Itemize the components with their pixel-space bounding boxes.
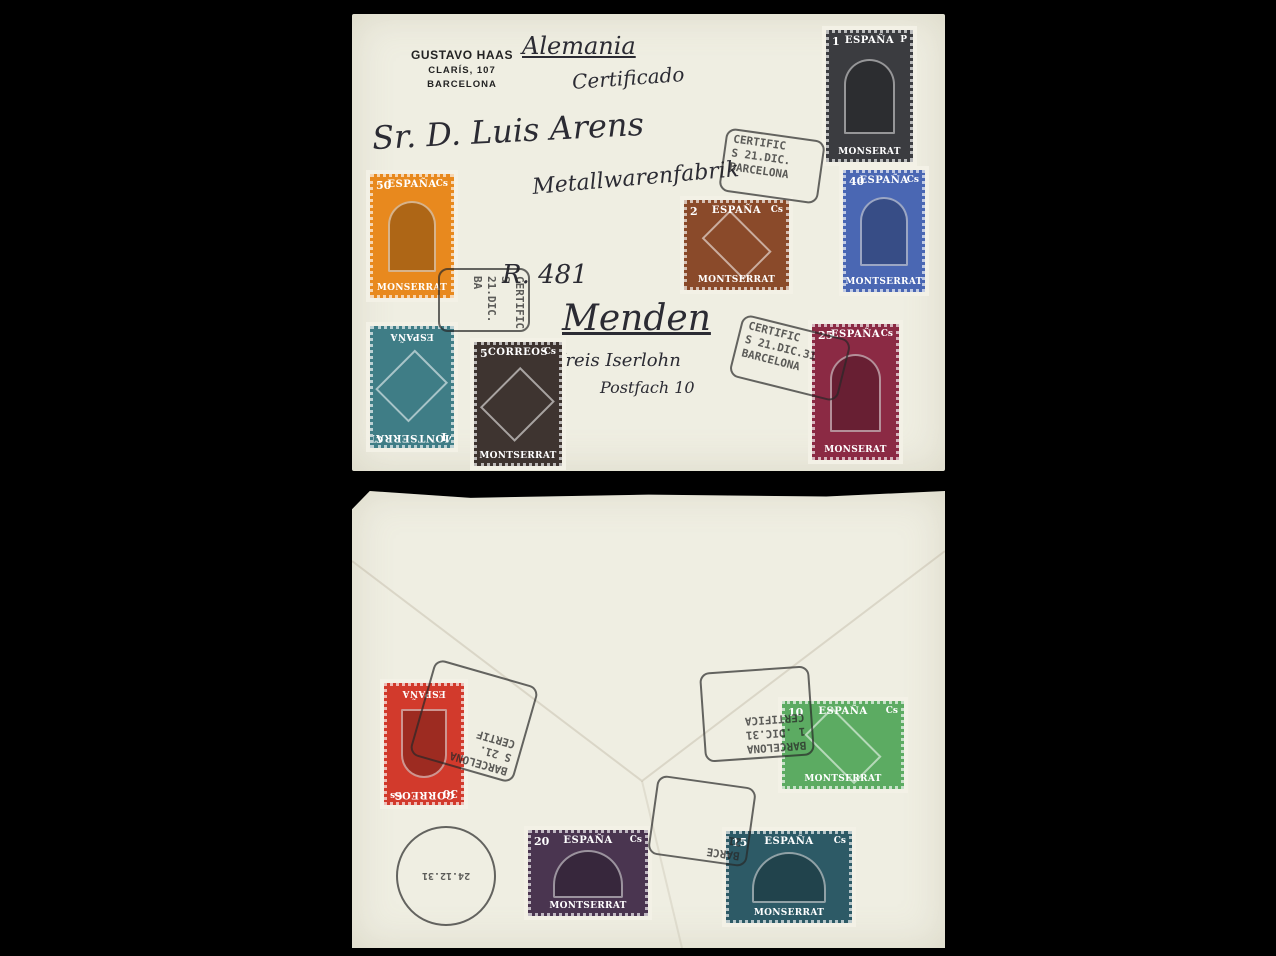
stamp-bottom-inscription: MONTSERRAT: [698, 275, 775, 287]
arms-motif-icon: [804, 707, 881, 784]
envelope-back: 30CsCORREOSESPAÑA 10CsESPAÑAMONTSERRAT 2…: [352, 491, 945, 948]
stamp-top-inscription: ESPAÑA: [764, 834, 813, 847]
stamp-value: 40: [849, 175, 864, 188]
stamp-bottom-inscription: MONTSERRAT: [845, 277, 922, 289]
stamp-value: 2: [690, 205, 698, 218]
stamp-unit: C: [376, 433, 383, 443]
stamp-top-inscription: ESPAÑA: [387, 177, 436, 190]
stamp-top-inscription: CORREOS: [488, 345, 548, 358]
handwritten-postbox: Postfach 10: [600, 378, 695, 397]
arrival-postmark: 24.12.31: [396, 826, 496, 926]
stamp-unit: Cs: [436, 179, 448, 189]
stamp-bottom-inscription: MONTSERRAT: [479, 451, 556, 463]
arms-motif-icon: [376, 350, 448, 422]
stamp-unit: Cs: [886, 706, 898, 716]
monk-motif-icon: [752, 852, 826, 904]
handwritten-addressee: Sr. D. Luis Arens: [371, 105, 645, 157]
stamp-1-centimo-inverted: 1CMONTSERRATESPAÑA: [366, 322, 458, 452]
stamp-5-centimos: 5CsCORREOSMONTSERRAT: [470, 338, 566, 470]
stamp-bottom-inscription: MONTSERRAT: [804, 774, 881, 786]
handwritten-service: Certificado: [571, 62, 685, 94]
figure-motif-icon: [553, 850, 624, 898]
registered-postmark: BARCE21: [647, 774, 757, 867]
stamp-value: 5: [480, 347, 488, 360]
stamp-top-inscription: ESPAÑA: [859, 173, 908, 186]
stamp-top-inscription: ESPAÑA: [845, 33, 894, 46]
registered-postmark: BARCELONA1 .DIC.31CERTIFICA: [699, 665, 815, 762]
stamp-unit: Cs: [390, 790, 402, 800]
stamp-unit: Cs: [771, 205, 783, 215]
stamp-bottom-inscription: MONTSERRAT: [549, 901, 626, 913]
stamp-value: 20: [534, 835, 549, 848]
stamp-value: 1: [440, 430, 448, 443]
stamp-bottom-inscription: MONSERRAT: [754, 908, 824, 920]
stamp-value: 1: [832, 35, 840, 48]
arms-motif-icon: [701, 210, 772, 281]
sender-letterhead: GUSTAVO HAAS CLARÍS, 107 BARCELONA: [392, 48, 532, 90]
stamp-unit: Cs: [544, 347, 556, 357]
stamp-value: 50: [376, 179, 391, 192]
sender-street: CLARÍS, 107: [392, 65, 532, 76]
stamp-top-inscription: ESPAÑA: [712, 203, 761, 216]
monk-motif-icon: [388, 201, 436, 272]
stamp-bottom-inscription: ESPAÑA: [390, 329, 433, 341]
virgin-motif-icon: [844, 59, 894, 135]
arms-motif-icon: [481, 367, 556, 442]
stamp-unit: Cs: [881, 329, 893, 339]
registered-postmark: CERTIFICS 21.DIC.BA: [438, 268, 530, 332]
stamp-2-centimos: 2CsESPAÑAMONTSERRAT: [680, 196, 793, 294]
postmark-line: S 21.DIC.: [484, 276, 512, 324]
arrival-date: 24.12.31: [422, 871, 470, 882]
stamp-20-centimos: 20CsESPAÑAMONTSERRAT: [524, 826, 652, 920]
sender-city: BARCELONA: [392, 79, 532, 90]
registered-postmark: CERTIFICS 21.DIC.BARCELONA: [718, 127, 826, 204]
stamp-top-inscription: ESPAÑA: [563, 833, 612, 846]
handwritten-town: Menden: [562, 298, 711, 339]
stamp-unit: Cs: [907, 175, 919, 185]
postmark-line: CERTIFIC: [512, 276, 526, 324]
handwritten-district: Kreis Iserlohn: [552, 350, 681, 371]
stamp-bottom-inscription: MONSERAT: [824, 445, 886, 457]
handwritten-company: Metallwarenfabrik: [531, 157, 740, 200]
stamp-unit: P: [900, 35, 907, 45]
handwritten-country: Alemania: [522, 32, 636, 60]
stamp-bottom-inscription: MONSERRAT: [377, 283, 447, 295]
stamp-value: 30: [443, 787, 458, 800]
sender-name: GUSTAVO HAAS: [392, 48, 532, 62]
stamp-unit: Cs: [630, 835, 642, 845]
postmark-line: BA: [470, 276, 484, 324]
stamp-unit: Cs: [834, 836, 846, 846]
stamp-bottom-inscription: MONSERAT: [838, 147, 900, 159]
stamp-1-peseta: 1PESPAÑAMONSERAT: [822, 26, 917, 166]
stamp-40-centimos: 40CsESPAÑAMONTSERRAT: [839, 166, 929, 296]
envelope-front: GUSTAVO HAAS CLARÍS, 107 BARCELONA Alema…: [352, 14, 945, 471]
mountain-motif-icon: [860, 197, 907, 267]
